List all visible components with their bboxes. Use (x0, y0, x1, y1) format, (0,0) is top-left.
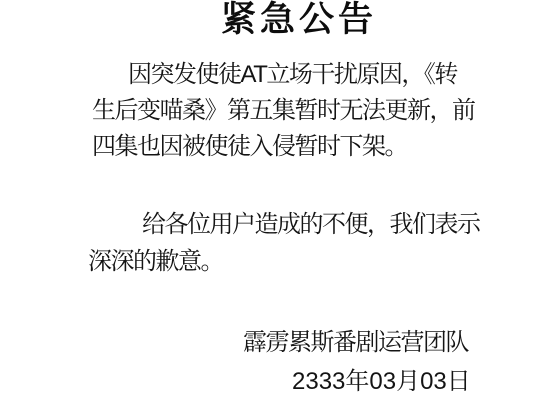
paragraph-1-line-1: 因突发使徒AT立场干扰原因，《转 (128, 63, 457, 87)
paragraph-1-line-3: 四集也因被使徒入侵暂时下架。 (92, 135, 407, 159)
paragraph-2-line-2: 深深的歉意。 (88, 250, 223, 274)
paragraph-1-line-2: 生后变喵桑》第五集暂时无法更新，前 (92, 99, 475, 123)
emergency-notice-page: 紧急公告 因突发使徒AT立场干扰原因，《转 生后变喵桑》第五集暂时无法更新，前 … (0, 0, 533, 400)
notice-title: 紧急公告 (221, 2, 377, 37)
paragraph-2-line-1: 给各位用户造成的不便，我们表示 (142, 213, 480, 237)
signature-line: 霹雳累斯番剧运营团队 (243, 331, 468, 355)
date-line: 2333年03月03日 (292, 370, 471, 394)
